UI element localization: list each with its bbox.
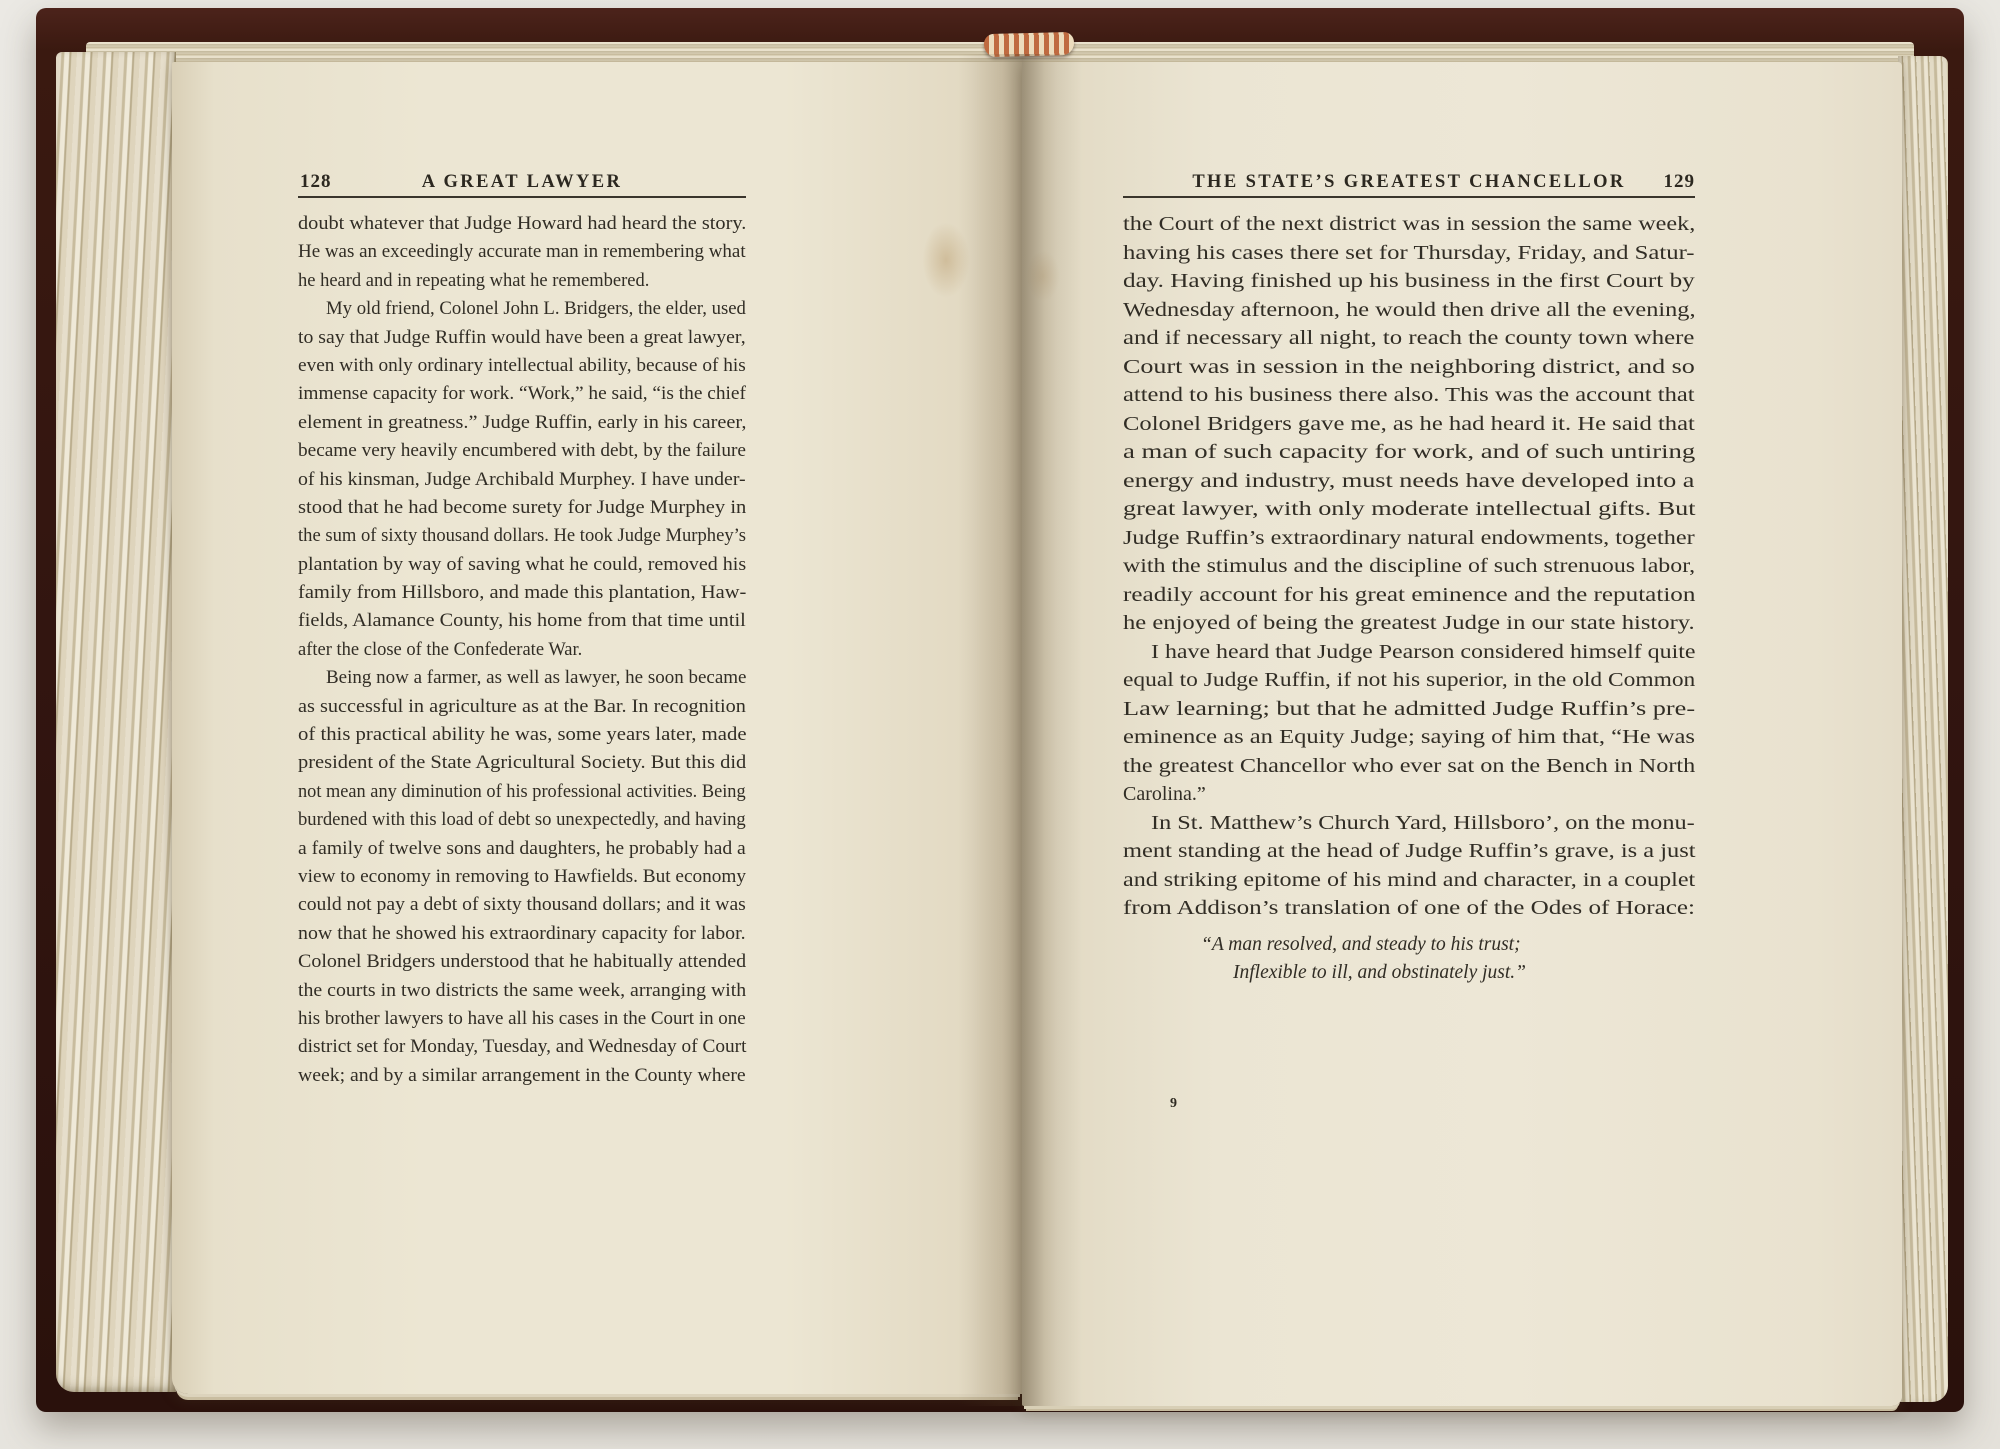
text-line: doubt whatever that Judge Howard had hea…: [298, 210, 746, 238]
text-line: after the close of the Confederate War.: [298, 636, 746, 664]
text-line: view to economy in removing to Hawfields…: [298, 863, 746, 891]
text-line: He was an exceedingly accurate man in re…: [298, 238, 746, 266]
text-line: even with only ordinary intellectual abi…: [298, 352, 746, 380]
verse-line: Inflexible to ill, and obstinately just.…: [1123, 959, 1695, 987]
text-line: In St. Matthew’s Church Yard, Hillsboro’…: [1123, 809, 1695, 838]
text-line: the courts in two districts the same wee…: [298, 977, 746, 1005]
text-line: great lawyer, with only moderate intelle…: [1123, 495, 1695, 524]
text-line: equal to Judge Ruffin, if not his superi…: [1123, 666, 1695, 695]
text-line: element in greatness.” Judge Ruffin, ear…: [298, 409, 746, 437]
verse-couplet: “A man resolved, and steady to his trust…: [1123, 931, 1695, 987]
text-line: burdened with this load of debt so unexp…: [298, 806, 746, 834]
text-line: and if necessary all night, to reach the…: [1123, 324, 1695, 353]
page-number: 128: [300, 170, 332, 194]
text-line: Carolina.”: [1123, 780, 1695, 809]
right-page-header: THE STATE’S GREATEST CHANCELLOR 129: [1123, 170, 1695, 198]
text-line: with the stimulus and the discipline of …: [1123, 552, 1695, 581]
text-line: Being now a farmer, as well as lawyer, h…: [298, 664, 746, 692]
text-line: a man of such capacity for work, and of …: [1123, 438, 1695, 467]
text-line: eminence as an Equity Judge; saying of h…: [1123, 723, 1695, 752]
text-line: not mean any diminution of his professio…: [298, 778, 746, 806]
left-text-column: 128 A GREAT LAWYER doubt whatever that J…: [298, 170, 746, 1090]
text-line: could not pay a debt of sixty thousand d…: [298, 891, 746, 919]
text-line: and striking epitome of his mind and cha…: [1123, 866, 1695, 895]
text-line: readily account for his great eminence a…: [1123, 581, 1695, 610]
text-line: now that he showed his extraordinary cap…: [298, 920, 746, 948]
text-line: the sum of sixty thousand dollars. He to…: [298, 522, 746, 550]
text-line: plantation by way of saving what he coul…: [298, 551, 746, 579]
text-line: I have heard that Judge Pearson consider…: [1123, 638, 1695, 667]
verse-line: “A man resolved, and steady to his trust…: [1123, 931, 1695, 959]
left-fore-edge-pages: [56, 52, 176, 1392]
text-line: the Court of the next district was in se…: [1123, 210, 1695, 239]
page-number: 129: [1664, 170, 1696, 194]
text-line: his brother lawyers to have all his case…: [298, 1005, 746, 1033]
gutter-shadow: [958, 54, 1082, 1406]
right-text-column: THE STATE’S GREATEST CHANCELLOR 129 the …: [1123, 170, 1695, 987]
text-line: energy and industry, must needs have dev…: [1123, 467, 1695, 496]
text-line: attend to his business there also. This …: [1123, 381, 1695, 410]
signature-mark: 9: [1170, 1096, 1177, 1112]
text-line: Colonel Bridgers gave me, as he had hear…: [1123, 410, 1695, 439]
text-line: from Addison’s translation of one of the…: [1123, 894, 1695, 923]
left-page-header: 128 A GREAT LAWYER: [298, 170, 746, 198]
text-line: immense capacity for work. “Work,” he sa…: [298, 380, 746, 408]
text-line: of his kinsman, Judge Archibald Murphey.…: [298, 466, 746, 494]
text-line: ment standing at the head of Judge Ruffi…: [1123, 837, 1695, 866]
running-title: THE STATE’S GREATEST CHANCELLOR: [1192, 172, 1625, 192]
text-line: Wednesday afternoon, he would then drive…: [1123, 296, 1695, 325]
text-line: the greatest Chancellor who ever sat on …: [1123, 752, 1695, 781]
right-fore-edge-pages: [1898, 56, 1948, 1402]
running-title: A GREAT LAWYER: [422, 172, 622, 192]
text-line: Judge Ruffin’s extraordinary natural end…: [1123, 524, 1695, 553]
text-line: as successful in agriculture as at the B…: [298, 693, 746, 721]
text-line: week; and by a similar arrangement in th…: [298, 1062, 746, 1090]
text-line: president of the State Agricultural Soci…: [298, 749, 746, 777]
text-line: he heard and in repeating what he rememb…: [298, 267, 746, 295]
text-line: Law learning; but that he admitted Judge…: [1123, 695, 1695, 724]
text-line: he enjoyed of being the greatest Judge i…: [1123, 609, 1695, 638]
text-line: Court was in session in the neighboring …: [1123, 353, 1695, 382]
text-line: fields, Alamance County, his home from t…: [298, 607, 746, 635]
text-line: My old friend, Colonel John L. Bridgers,…: [298, 295, 746, 323]
text-line: a family of twelve sons and daughters, h…: [298, 835, 746, 863]
text-line: day. Having finished up his business in …: [1123, 267, 1695, 296]
left-page-text: doubt whatever that Judge Howard had hea…: [298, 210, 746, 1090]
text-line: Colonel Bridgers understood that he habi…: [298, 948, 746, 976]
text-line: of this practical ability he was, some y…: [298, 721, 746, 749]
text-line: stood that he had become surety for Judg…: [298, 494, 746, 522]
text-line: became very heavily encumbered with debt…: [298, 437, 746, 465]
text-line: district set for Monday, Tuesday, and We…: [298, 1033, 746, 1061]
book-photo: 128 A GREAT LAWYER doubt whatever that J…: [0, 0, 2000, 1449]
text-line: family from Hillsboro, and made this pla…: [298, 579, 746, 607]
right-page-text: the Court of the next district was in se…: [1123, 210, 1695, 923]
text-line: having his cases there set for Thursday,…: [1123, 239, 1695, 268]
text-line: to say that Judge Ruffin would have been…: [298, 324, 746, 352]
